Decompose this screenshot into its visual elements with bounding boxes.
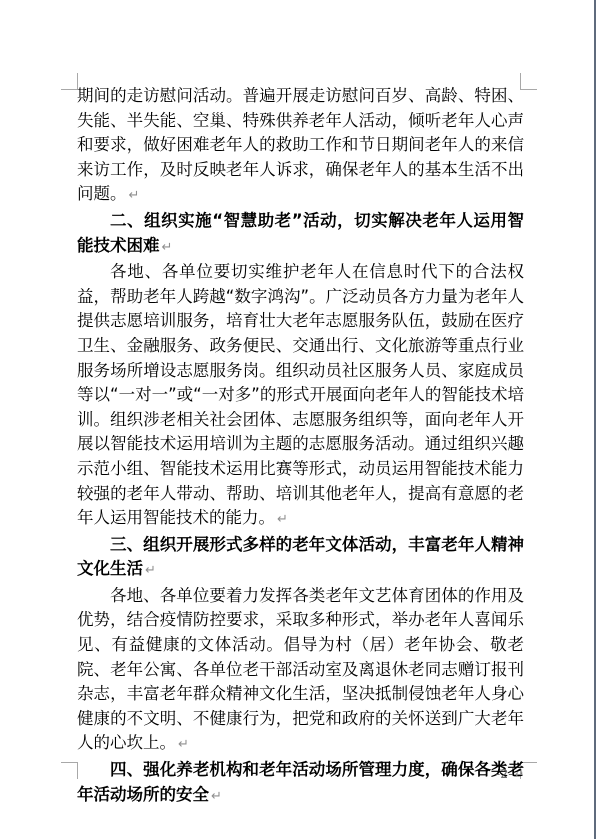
paragraph: 各地、各单位要着力发挥各类老年文艺体育团体的作用及优势，结合疫情防控要求，采取多…: [77, 584, 524, 758]
paragraph-mark-icon: ↵: [143, 563, 156, 578]
document-body: 期间的走访慰问活动。普遍开展走访慰问百岁、高龄、特困、失能、半失能、空巢、特殊供…: [77, 84, 524, 809]
section-heading: 三、组织开展形式多样的老年文体活动，丰富老年人精神文化生活↵: [77, 533, 524, 584]
paragraph-mark-icon: ↵: [160, 240, 173, 255]
section-heading: 二、组织实施“智慧助老”活动，切实解决老年人运用智能技术困难↵: [77, 209, 524, 260]
paragraph: 各地、各单位要切实维护老年人在信息时代下的合法权益，帮助老年人跨越“数字鸿沟”。…: [77, 260, 524, 533]
paragraph-mark-icon: ↵: [513, 768, 524, 781]
paragraph-mark-icon: ↵: [275, 512, 288, 527]
paragraph-mark-icon: ↵: [176, 737, 189, 752]
page-footer: -2-↵: [77, 766, 524, 783]
document-page: 期间的走访慰问活动。普遍开展走访慰问百岁、高龄、特困、失能、半失能、空巢、特殊供…: [0, 0, 596, 839]
paragraph: 期间的走访慰问活动。普遍开展走访慰问百岁、高龄、特困、失能、半失能、空巢、特殊供…: [77, 84, 524, 209]
page-number: -2-: [496, 766, 513, 781]
text-boundary-corner-bottom-left-icon: [61, 762, 78, 779]
text-boundary-corner-top-left-icon: [61, 73, 78, 90]
paragraph-mark-icon: ↵: [127, 188, 140, 203]
paragraph-mark-icon: ↵: [209, 789, 222, 804]
